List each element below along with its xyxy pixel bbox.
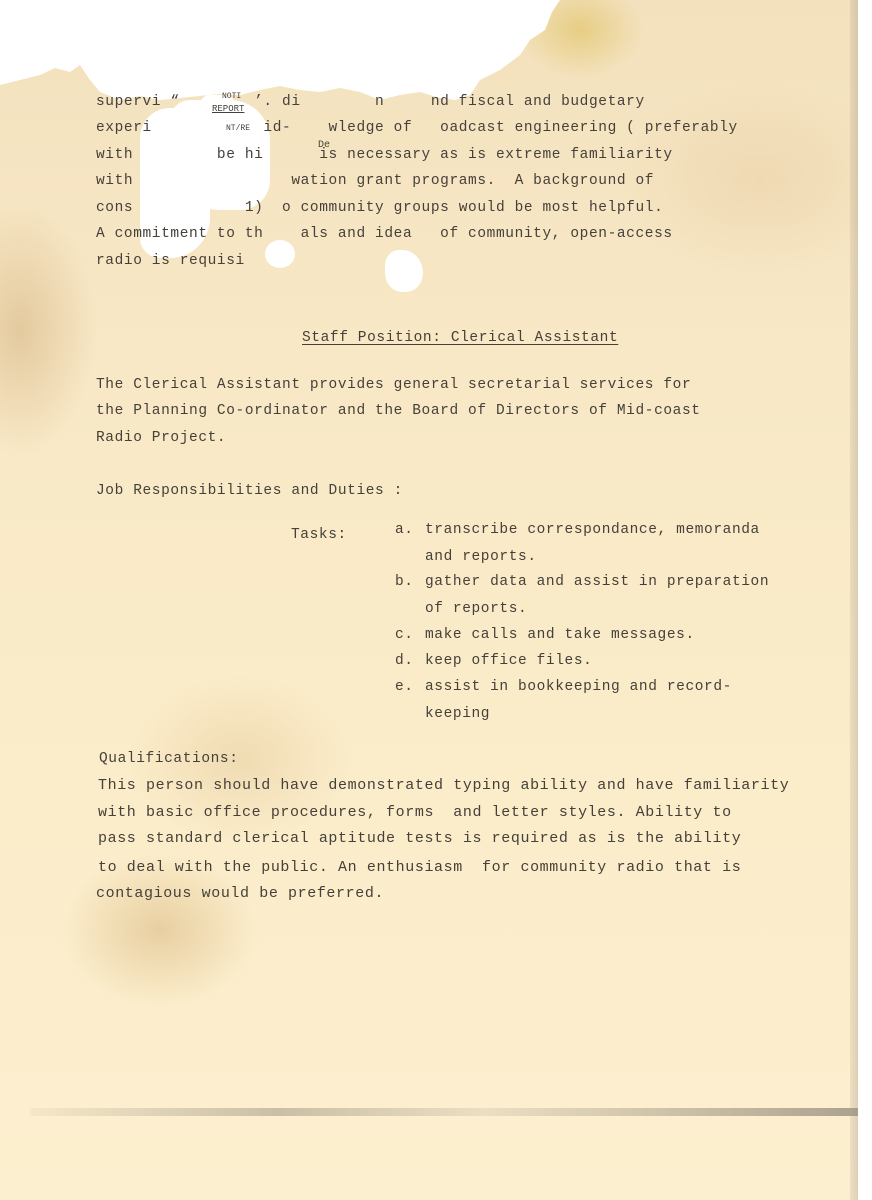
qualifications-line: to deal with the public. An enthusiasm f… <box>98 859 741 876</box>
task-letter: a. <box>395 522 414 538</box>
section-heading: Staff Position: Clerical Assistant <box>302 330 618 346</box>
intro-line: Radio Project. <box>96 430 226 446</box>
task-line: gather data and assist in preparation <box>425 574 769 590</box>
torn-hole <box>385 250 423 292</box>
task-line: assist in bookkeeping and record- <box>425 679 732 695</box>
page-edge-shadow <box>850 0 858 1200</box>
fragment-line: cons 1) o community groups would be most… <box>96 200 663 216</box>
fragment-line: supervi “ ’. di n nd fiscal and budgetar… <box>96 94 645 110</box>
stamp-fragment: NT/RE <box>226 124 250 133</box>
fragment-line: A commitment to th als and idea of commu… <box>96 226 673 242</box>
qualifications-line: contagious would be preferred. <box>96 885 384 902</box>
task-line: keeping <box>425 706 490 722</box>
qualifications-line: with basic office procedures, forms and … <box>98 804 732 821</box>
task-line: and reports. <box>425 549 537 565</box>
task-line: transcribe correspondance, memoranda <box>425 522 760 538</box>
task-letter: b. <box>395 574 414 590</box>
stamp-fragment: REPORT <box>212 104 244 114</box>
fragment-line: experi id- wledge of oadcast engineering… <box>96 120 738 136</box>
qualifications-heading: Qualifications: <box>99 751 239 767</box>
qualifications-line: pass standard clerical aptitude tests is… <box>98 830 741 847</box>
tasks-label: Tasks: <box>291 527 347 543</box>
task-letter: e. <box>395 679 414 695</box>
intro-line: The Clerical Assistant provides general … <box>96 377 691 393</box>
task-line: keep office files. <box>425 653 592 669</box>
stamp-fragment: NOTI <box>222 92 241 101</box>
responsibilities-heading: Job Responsibilities and Duties : <box>96 483 403 499</box>
intro-line: the Planning Co-ordinator and the Board … <box>96 403 701 419</box>
task-letter: d. <box>395 653 414 669</box>
fragment-line: with wation grant programs. A background… <box>96 173 654 189</box>
document-page: supervi “ ’. di n nd fiscal and budgetar… <box>0 0 858 1200</box>
torn-hole <box>265 240 295 268</box>
qualifications-line: This person should have demonstrated typ… <box>98 777 789 794</box>
task-letter: c. <box>395 627 414 643</box>
stamp-fragment: De <box>318 140 330 151</box>
task-line: make calls and take messages. <box>425 627 695 643</box>
task-line: of reports. <box>425 601 527 617</box>
fragment-line: radio is requisi <box>96 253 245 269</box>
fragment-line: with be hi is necessary as is extreme fa… <box>96 147 673 163</box>
scan-artifact <box>30 1108 858 1116</box>
